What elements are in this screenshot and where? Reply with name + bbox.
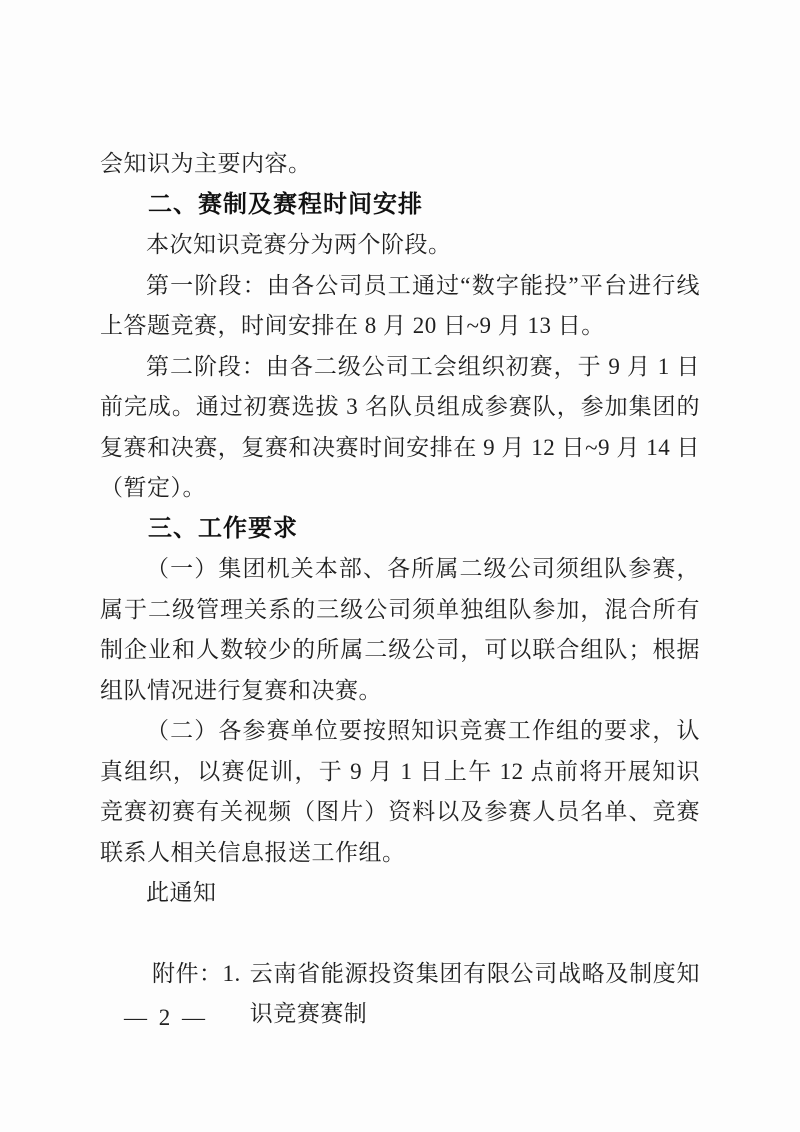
paragraph: 第一阶段：由各公司员工通过“数字能投”平台进行线上答题竞赛，时间安排在 8 月 … (100, 266, 700, 347)
document-content: 会知识为主要内容。二、赛制及赛程时间安排本次知识竞赛分为两个阶段。第一阶段：由各… (100, 0, 700, 1035)
document-body: 会知识为主要内容。二、赛制及赛程时间安排本次知识竞赛分为两个阶段。第一阶段：由各… (100, 144, 700, 914)
paragraph: （一）集团机关本部、各所属二级公司须组队参赛，属于二级管理关系的三级公司须单独组… (100, 549, 700, 711)
document-page: 会知识为主要内容。二、赛制及赛程时间安排本次知识竞赛分为两个阶段。第一阶段：由各… (0, 0, 800, 1132)
attachment-label: 附件： (152, 954, 223, 995)
page-number: — 2 — (124, 1005, 208, 1031)
attachment-section: 附件： 1. 云南省能源投资集团有限公司战略及制度知识竞赛赛制 (152, 954, 700, 1035)
paragraph: （二）各参赛单位要按照知识竞赛工作组的要求，认真组织，以赛促训，于 9 月 1 … (100, 711, 700, 873)
section-heading: 三、工作要求 (100, 509, 700, 550)
attachment-item-title: 云南省能源投资集团有限公司战略及制度知识竞赛赛制 (250, 954, 700, 1035)
paragraph: 此通知 (100, 873, 700, 914)
paragraph: 第二阶段：由各二级公司工会组织初赛，于 9 月 1 日前完成。通过初赛选拔 3 … (100, 347, 700, 509)
section-heading: 二、赛制及赛程时间安排 (100, 185, 700, 226)
paragraph: 本次知识竞赛分为两个阶段。 (100, 225, 700, 266)
attachment-item-number: 1. (223, 954, 241, 995)
paragraph: 会知识为主要内容。 (100, 144, 700, 185)
